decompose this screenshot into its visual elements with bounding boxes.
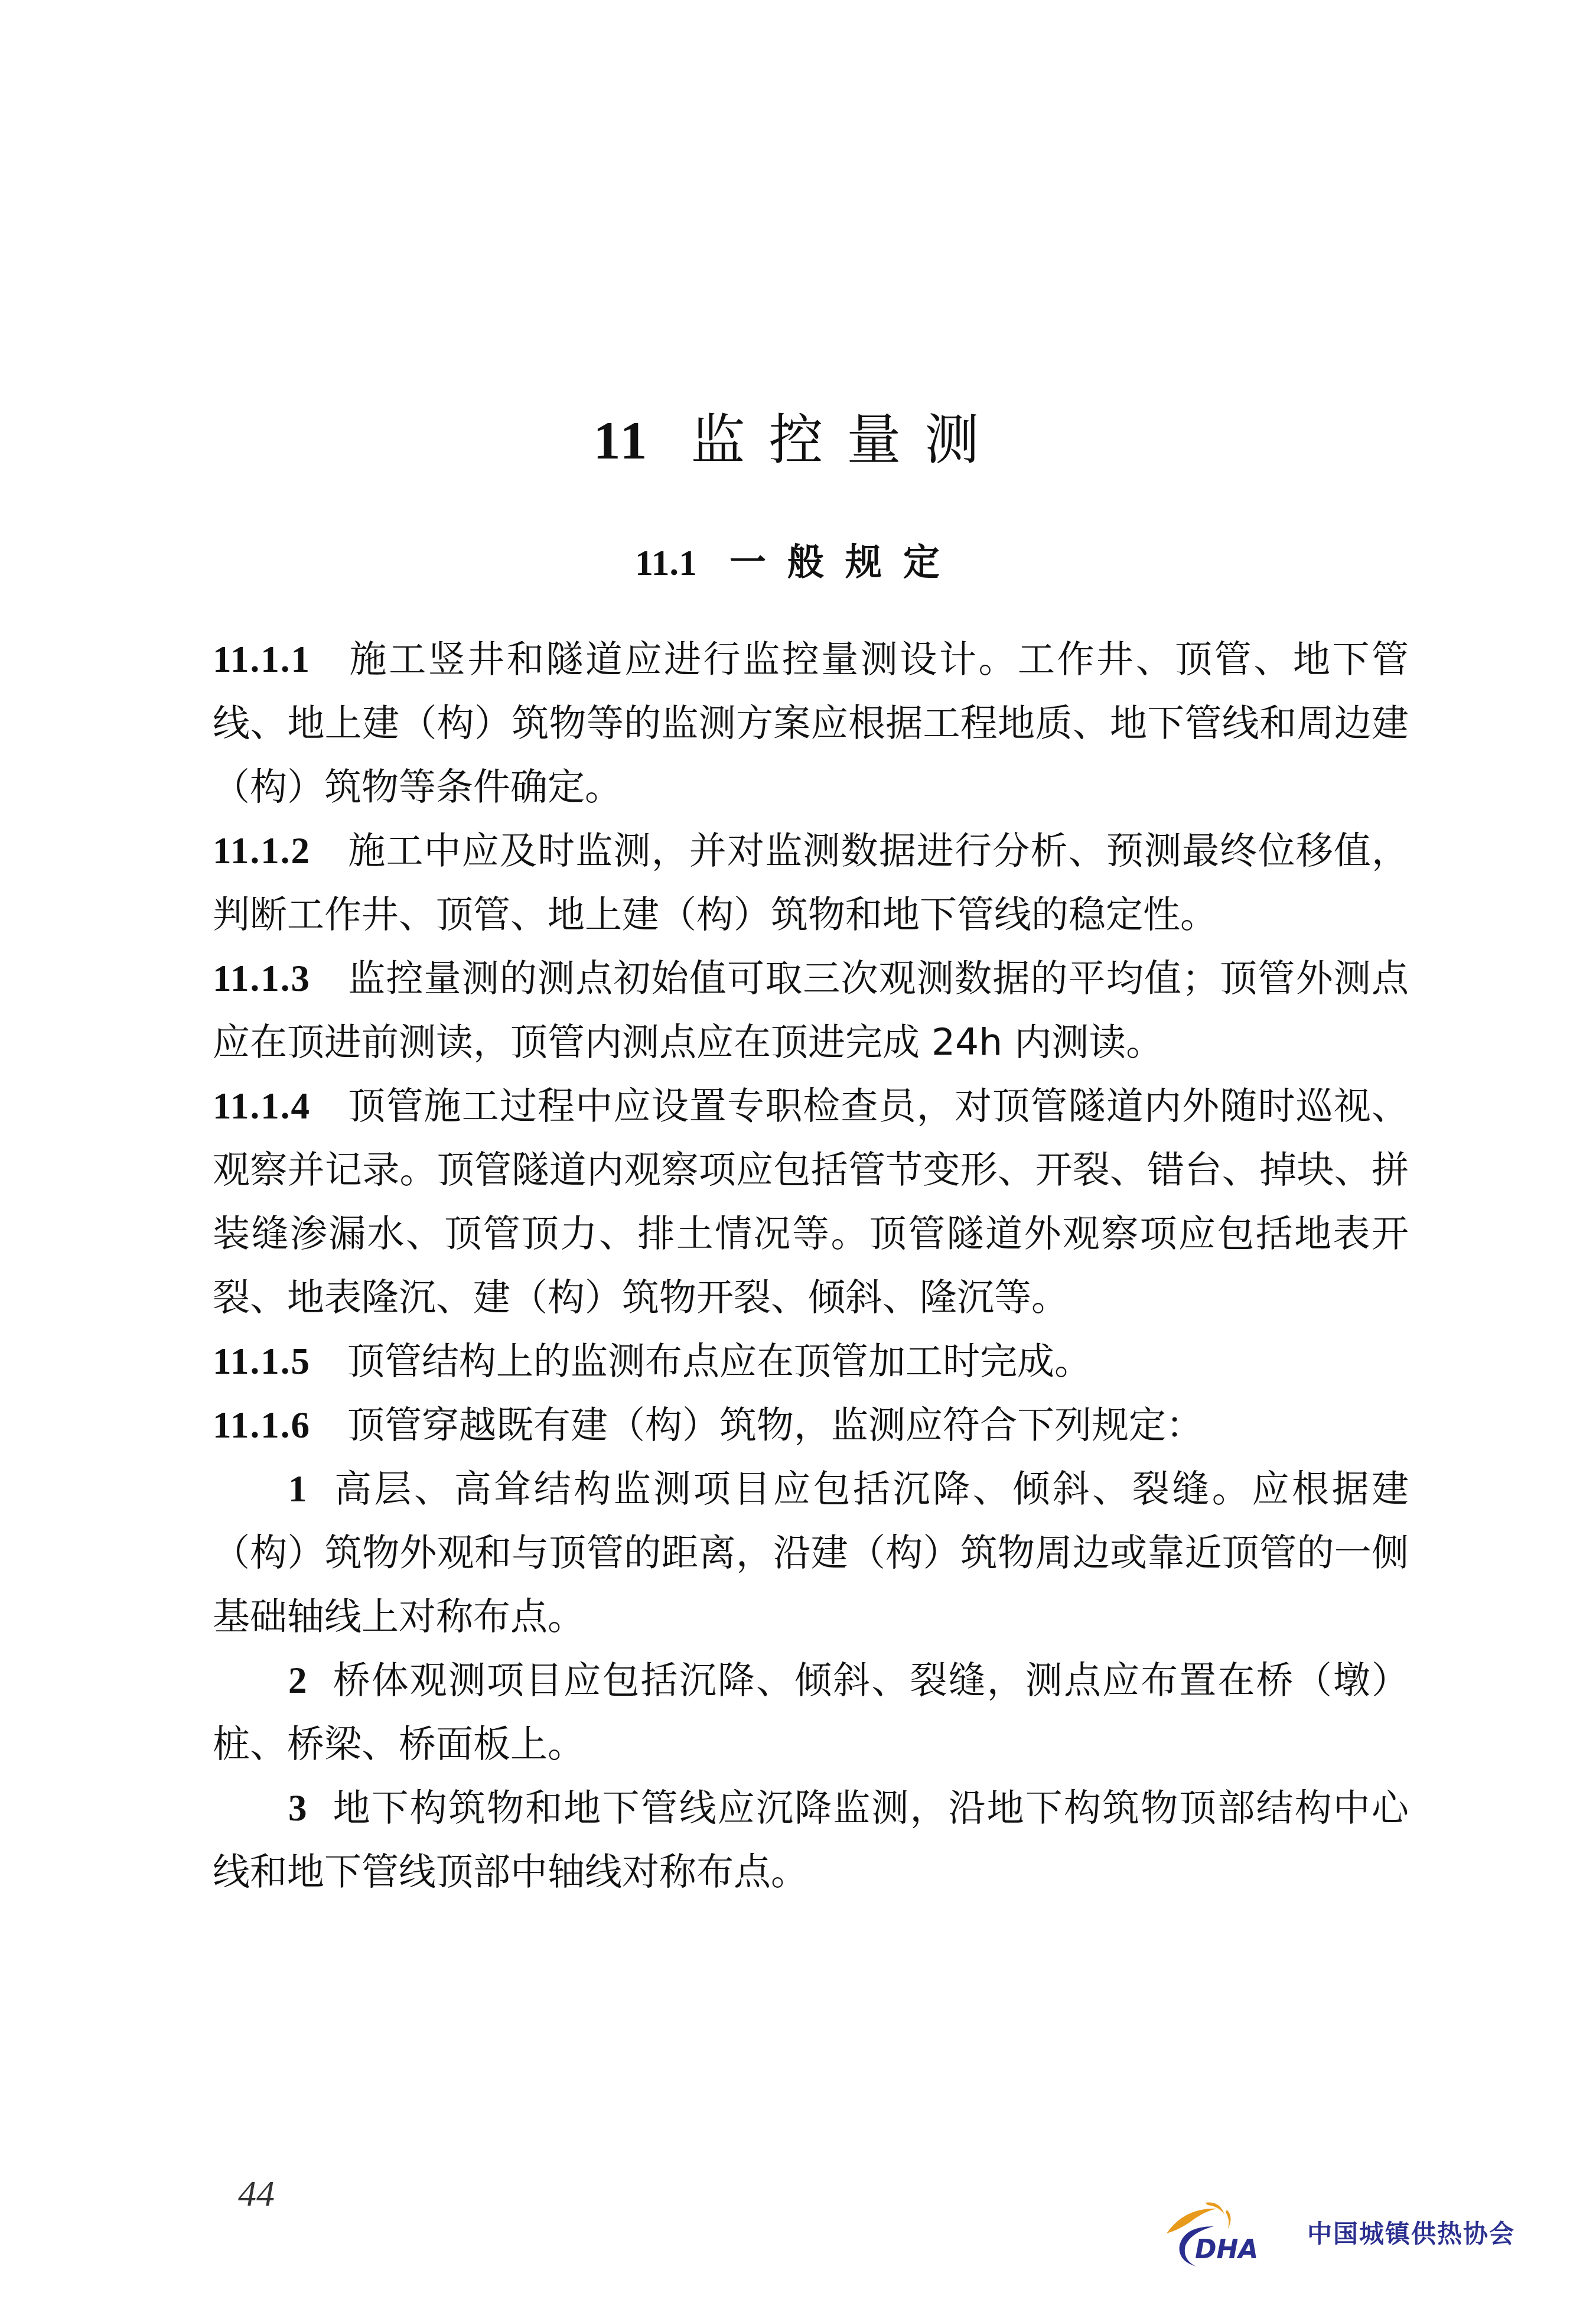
clause-number: 11.1.3 [213,958,311,999]
clause-11-1-2: 11.1.2施工中应及时监测，并对监测数据进行分析、预测最终位移值，判断工作井、… [213,819,1409,947]
clause-number: 11.1.6 [213,1404,311,1446]
clause-number: 11.1.5 [213,1341,311,1382]
clause-11-1-3: 11.1.3监控量测的测点初始值可取三次观测数据的平均值；顶管外测点应在顶进前测… [213,947,1409,1074]
clause-text: 施工竖井和隧道应进行监控量测设计。工作井、顶管、地下管线、地上建（构）筑物等的监… [213,638,1409,808]
item-text: 地下构筑物和地下管线应沉降监测，沿地下构筑物顶部结构中心线和地下管线顶部中轴线对… [213,1786,1409,1893]
clause-11-1-6: 11.1.6顶管穿越既有建（构）筑物，监测应符合下列规定： [213,1393,1409,1457]
list-item-1: 1高层、高耸结构监测项目应包括沉降、倾斜、裂缝。应根据建（构）筑物外观和与顶管的… [213,1457,1409,1648]
section-number: 11.1 [635,543,697,583]
item-number: 3 [288,1787,307,1829]
item-number: 1 [288,1468,307,1510]
clause-11-1-5: 11.1.5顶管结构上的监测布点应在顶管加工时完成。 [213,1329,1409,1393]
clause-text: 顶管穿越既有建（构）筑物，监测应符合下列规定： [347,1403,1203,1446]
item-text: 高层、高耸结构监测项目应包括沉降、倾斜、裂缝。应根据建（构）筑物外观和与顶管的距… [213,1467,1409,1638]
clause-number: 11.1.1 [213,639,311,680]
svg-text:DHA: DHA [1195,2235,1258,2265]
item-number: 2 [288,1660,307,1701]
section-title: 11.1一般规定 [0,539,1596,587]
clause-text: 顶管施工过程中应设置专职检查员，对顶管隧道内外随时巡视、观察并记录。顶管隧道内观… [213,1084,1409,1319]
list-item-3: 3地下构筑物和地下管线应沉降监测，沿地下构筑物顶部结构中心线和地下管线顶部中轴线… [213,1776,1409,1904]
section-title-text: 一般规定 [729,541,961,584]
clause-11-1-1: 11.1.1施工竖井和隧道应进行监控量测设计。工作井、顶管、地下管线、地上建（构… [213,627,1409,819]
chapter-title-text: 监控量测 [690,408,1002,471]
clause-text: 监控量测的测点初始值可取三次观测数据的平均值；顶管外测点应在顶进前测读，顶管内测… [213,957,1409,1064]
chapter-number: 11 [594,410,650,470]
list-item-2: 2桥体观测项目应包括沉降、倾斜、裂缝，测点应布置在桥（墩）桩、桥梁、桥面板上。 [213,1648,1409,1776]
cdha-logo: DHA 中国城镇供热协会 [1161,2197,1574,2268]
chapter-title: 11监控量测 [0,408,1596,473]
body-text: 11.1.1施工竖井和隧道应进行监控量测设计。工作井、顶管、地下管线、地上建（构… [213,627,1409,1904]
cdha-logo-mark-icon: DHA [1161,2197,1297,2268]
clause-text: 施工中应及时监测，并对监测数据进行分析、预测最终位移值，判断工作井、顶管、地上建… [213,829,1409,936]
page-number: 44 [238,2173,275,2215]
clause-number: 11.1.4 [213,1085,311,1127]
clause-number: 11.1.2 [213,830,311,872]
logo-org-name: 中国城镇供热协会 [1307,2215,1515,2250]
clause-11-1-4: 11.1.4顶管施工过程中应设置专职检查员，对顶管隧道内外随时巡视、观察并记录。… [213,1074,1409,1329]
clause-text: 顶管结构上的监测布点应在顶管加工时完成。 [347,1339,1092,1383]
item-text: 桥体观测项目应包括沉降、倾斜、裂缝，测点应布置在桥（墩）桩、桥梁、桥面板上。 [213,1659,1409,1765]
